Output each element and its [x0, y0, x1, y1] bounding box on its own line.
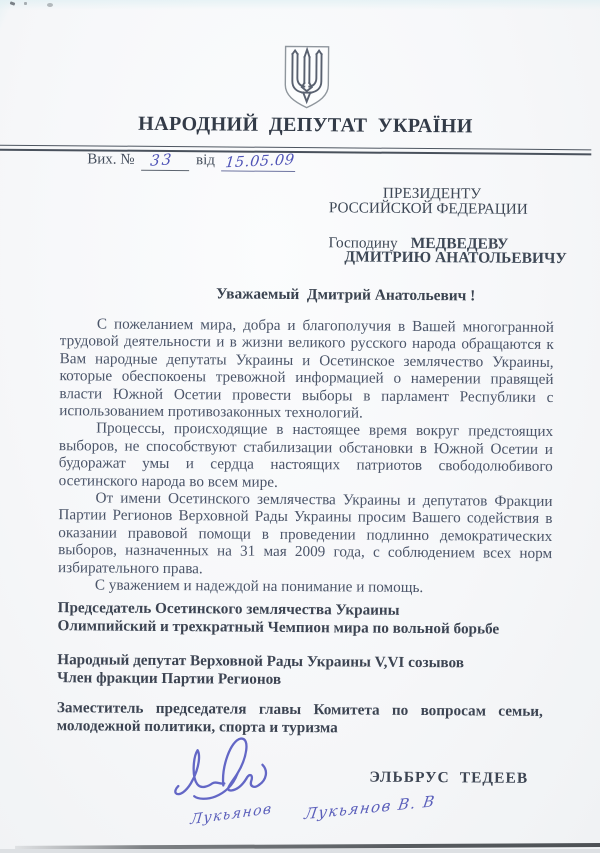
- handwritten-ref-number: 33: [150, 150, 174, 170]
- paper-bottom-edge-shadow: [0, 840, 600, 853]
- addressee-line-4: ДМИТРИЮ АНАТОЛЬЕВИЧУ: [344, 251, 566, 268]
- closing-line: С уважением и надеждой на понимание и по…: [58, 576, 552, 597]
- signature-flourish-icon: [166, 728, 313, 815]
- signature-titles-block: Председатель Осетинского землячества Укр…: [57, 599, 544, 739]
- letter-body: С пожеланием мира, добра и благополучия …: [58, 315, 554, 597]
- ref-date-underline: 15.05.09: [222, 150, 296, 172]
- ref-number-underline: 33: [141, 150, 189, 171]
- letterhead-title: НАРОДНИЙ ДЕПУТАТ УКРАЇНИ: [5, 112, 600, 140]
- scanned-letter-page: НАРОДНИЙ ДЕПУТАТ УКРАЇНИ Вих. № 33 від 1…: [0, 0, 600, 853]
- paragraph-3: От имени Осетинского землячества Украины…: [58, 489, 553, 580]
- ukraine-trident-shield-icon: [282, 45, 333, 109]
- handwritten-note-2: Лукьянов В. В: [303, 792, 437, 823]
- handwritten-ref-date: 15.05.09: [225, 152, 296, 171]
- paragraph-2: Процессы, происходящие в настоящее время…: [59, 420, 554, 494]
- addressee-line-2: РОССИЙСКОЙ ФЕДЕРАЦИИ: [329, 201, 567, 218]
- ref-out-label: Вих. №: [87, 151, 134, 170]
- paragraph-1: С пожеланием мира, добра и благополучия …: [59, 315, 554, 423]
- signer-name: ЭЛЬБРУС ТЕДЕЕВ: [369, 769, 528, 788]
- greeting-line: Уважаемый Дмитрий Анатольевич !: [216, 285, 475, 305]
- signer-title-1b: Олимпийский и трехкратный Чемпион мира п…: [57, 617, 543, 639]
- addressee-block: ПРЕЗИДЕНТУ РОССИЙСКОЙ ФЕДЕРАЦИИ Господин…: [328, 186, 567, 267]
- reference-line: Вих. № 33 від 15.05.09: [87, 149, 299, 173]
- signer-title-2b: Член фракции Партии Регионов: [57, 669, 543, 691]
- scan-speck: [24, 2, 27, 5]
- scan-speck: [47, 3, 53, 7]
- ref-date-label: від: [196, 152, 215, 171]
